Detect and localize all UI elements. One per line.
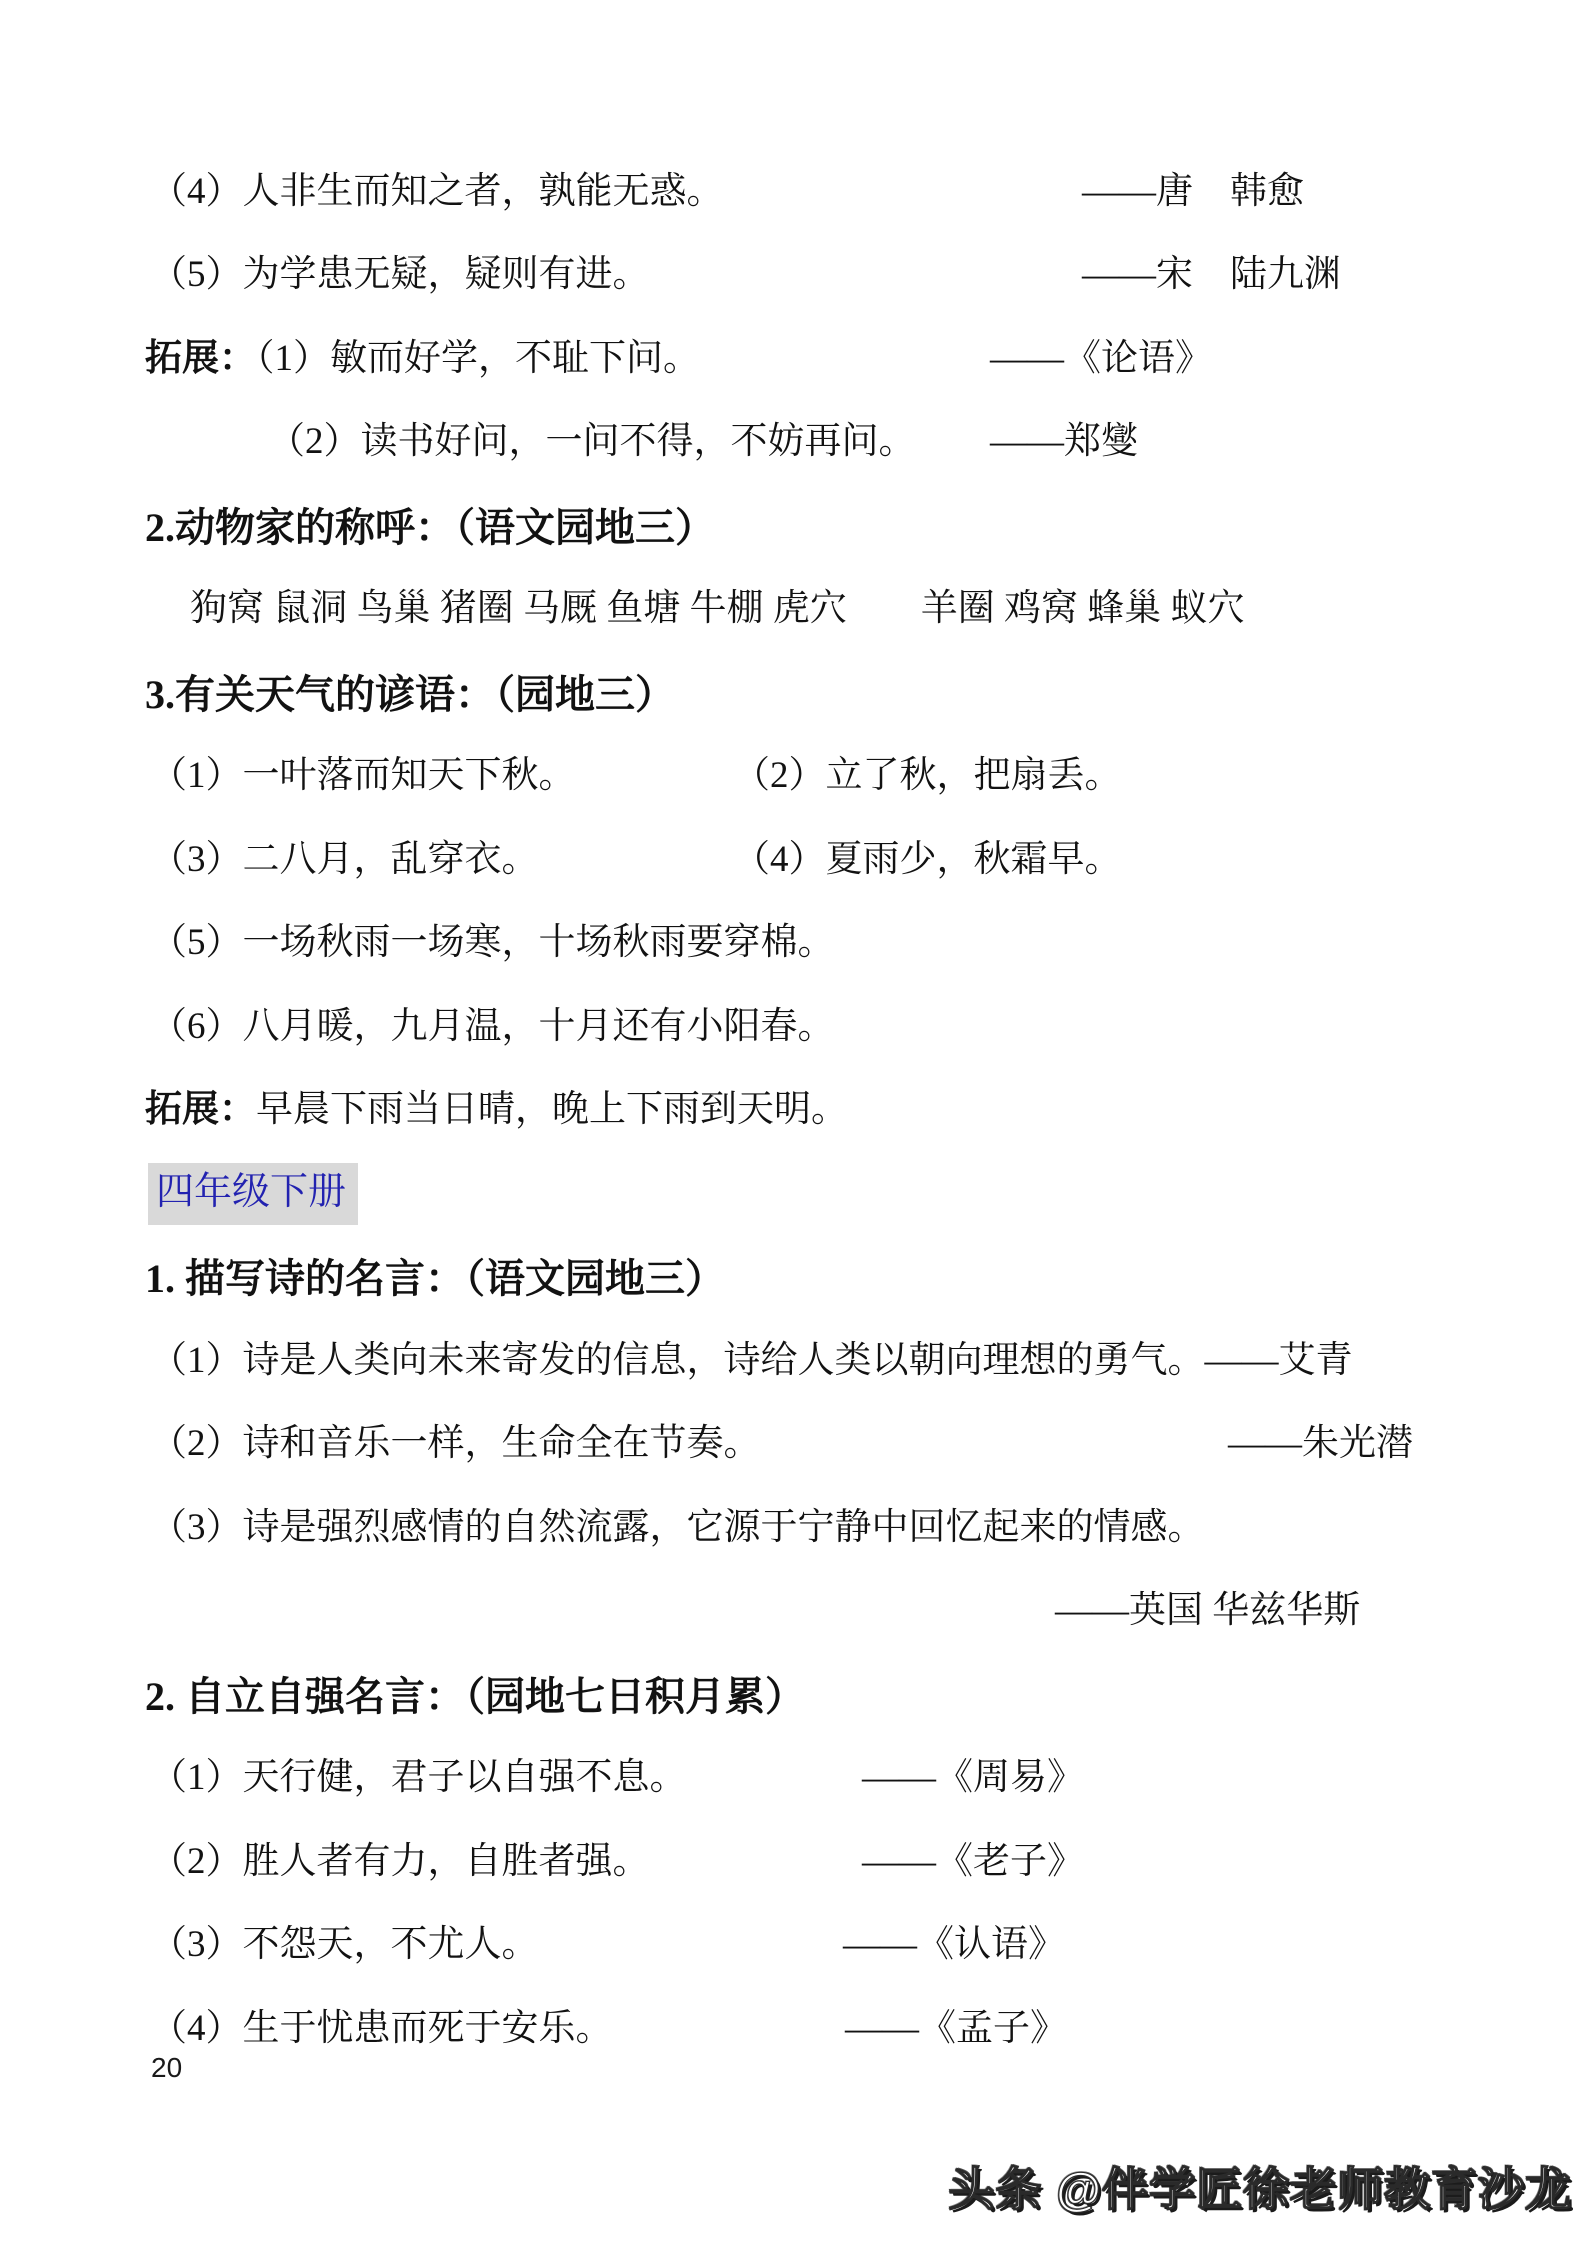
proverb: （3）二八月，乱穿衣。 — [150, 838, 539, 882]
section-heading: 2.动物家的称呼：（语文园地三） — [145, 504, 715, 552]
quote-source: ——朱光潜 — [1228, 1422, 1413, 1466]
quote-source: ——《孟子》 — [845, 2007, 1067, 2051]
quote-text: （2）读书好问，一问不得，不妨再问。 — [268, 420, 916, 464]
quote-text: （2）诗和音乐一样，生命全在节奏。 — [150, 1422, 761, 1466]
quote-source: ——郑燮 — [990, 420, 1138, 464]
quote-text: （1）诗是人类向未来寄发的信息，诗给人类以朝向理想的勇气。——艾青 — [150, 1339, 1353, 1383]
extension-label: 拓展： — [145, 338, 256, 379]
quote-source: ——《老子》 — [862, 1840, 1084, 1884]
quote-text: （2）胜人者有力，自胜者强。 — [150, 1840, 650, 1884]
section-heading: 3.有关天气的谚语：（园地三） — [145, 671, 675, 719]
quote-text: （1）敏而好学，不耻下问。 — [256, 338, 700, 379]
extension-text: 早晨下雨当日晴，晚上下雨到天明。 — [256, 1089, 848, 1130]
quote-text: （3）诗是强烈感情的自然流露，它源于宁静中回忆起来的情感。 — [150, 1506, 1205, 1550]
watermark-text: 头条 @伴学匠徐老师教育沙龙 — [948, 2162, 1572, 2217]
proverb: （6）八月暖，九月温，十月还有小阳春。 — [150, 1005, 835, 1049]
document-page: （4）人非生而知之者，孰能无惑。 ——唐 韩愈 （5）为学患无疑，疑则有进。 —… — [0, 0, 1587, 2245]
grade-section-title: 四年级下册 — [148, 1163, 358, 1225]
quote-text: （4）人非生而知之者，孰能无惑。 — [150, 170, 724, 214]
quote-source: ——《周易》 — [862, 1756, 1084, 1800]
quote-text: （5）为学患无疑，疑则有进。 — [150, 253, 650, 297]
extension-label: 拓展： — [145, 1089, 256, 1130]
quote-source: ——《论语》 — [990, 337, 1212, 381]
quote-text: （4）生于忧患而死于安乐。 — [150, 2007, 613, 2051]
quote-text: （3）不怨天，不尤人。 — [150, 1923, 539, 1967]
page-number: 20 — [151, 2054, 182, 2082]
proverb: （2）立了秋，把扇丢。 — [733, 754, 1122, 798]
proverb: （1）一叶落而知天下秋。 — [150, 754, 576, 798]
quote-source: ——《认语》 — [843, 1923, 1065, 1967]
extension-line: 拓展：早晨下雨当日晴，晚上下雨到天明。 — [145, 1088, 848, 1132]
quote-text: （1）天行健，君子以自强不息。 — [150, 1756, 687, 1800]
quote-source: ——英国 华兹华斯 — [1055, 1589, 1360, 1633]
extension-line: 拓展：（1）敏而好学，不耻下问。 — [145, 337, 700, 381]
proverb: （4）夏雨少，秋霜早。 — [733, 838, 1122, 882]
quote-source: ——宋 陆九渊 — [1082, 253, 1341, 297]
section-heading: 1. 描写诗的名言：（语文园地三） — [145, 1255, 725, 1303]
proverb: （5）一场秋雨一场寒，十场秋雨要穿棉。 — [150, 921, 835, 965]
word-list: 狗窝 鼠洞 鸟巢 猪圈 马厩 鱼塘 牛棚 虎穴 羊圈 鸡窝 蜂巢 蚁穴 — [190, 587, 1245, 631]
quote-source: ——唐 韩愈 — [1082, 170, 1304, 214]
section-heading: 2. 自立自强名言：（园地七日积月累） — [145, 1673, 805, 1721]
